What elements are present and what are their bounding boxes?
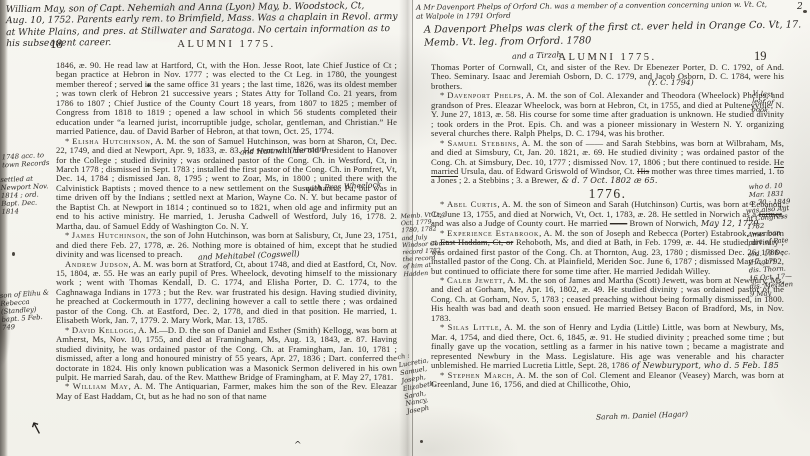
margin-arrow-mark: ↑ — [26, 417, 48, 441]
entry-samuel-stebbins: * Samuel Stebbins, A. M. the son of —— a… — [431, 139, 784, 186]
margin-note-curtis-left: Memb. Vt Leg. Oct. 1779, 1780, 1782 and … — [400, 211, 451, 278]
entry-text: , A. M.—D. D. the son of Daniel and Esth… — [56, 325, 397, 382]
margin-note-estabrook-dismissals: ord. 10 Dec. (Hagar) dis. Thorn. 16 Oct.… — [748, 249, 806, 299]
entry-text: Thomas Porter of Cornwall, Ct, and siste… — [431, 63, 784, 91]
margin-note-newport: settled at Newport Nov. 1814 ; ord. Bapt… — [0, 175, 53, 216]
insert-caret-mark: ^ — [294, 441, 302, 451]
margin-note-v-last-leaf: V. last leaf of book — [751, 90, 803, 117]
margin-note-judson-parents: son of Elihu & Rebecca (Standley) bapt. … — [0, 289, 56, 332]
handwritten-note-phelps-large: A Davenport Phelps was clerk of the firs… — [424, 19, 806, 49]
handwritten-addition: & d. 7 Oct. 1802 æ 65. — [559, 175, 658, 185]
book-scan-spread: William May, son of Capt. Nehemiah and A… — [0, 0, 810, 456]
insert-yale-1794: (Y. C. 1794) — [648, 78, 694, 87]
entry-text: 1846, æ. 90. He read law at Hartford, Ct… — [56, 61, 397, 136]
entry-andrew-judson: Andrew Judson, A. M. was born at Stratfo… — [56, 260, 397, 326]
entry-text: , A. M. was born at Stratford, Ct, about… — [56, 259, 397, 326]
corner-pencil-mark: 2 — [797, 2, 803, 12]
entry-caleb-jewett: * Caleb Jewett, A. M. the son of James a… — [431, 276, 784, 323]
entry-davenport-phelps: * Davenport Phelps, A. M. the son of Col… — [431, 91, 784, 138]
running-header-left: ALUMNI 1775. — [56, 39, 397, 50]
entry-abel-curtis: * Abel Curtis, A. M. the son of Simeon a… — [431, 200, 784, 228]
entry-root-continuation: 1846, æ. 90. He read law at Hartford, Ct… — [56, 61, 397, 137]
scan-speck — [12, 252, 15, 256]
scan-speck — [420, 440, 423, 443]
scan-torn-left-edge — [0, 0, 8, 456]
insert-tirzah: and a Tirzah — [512, 50, 562, 61]
entry-experience-estabrook: * Experience Estabrook, A. M. the son of… — [431, 229, 784, 276]
entry-porter-continuation: Thomas Porter of Cornwall, Ct, and siste… — [431, 63, 784, 91]
margin-note-curtis-right: was also Agt at Congress 1782 American p… — [746, 204, 807, 247]
margin-note-town-records: 1748 acc. to town Records — [2, 152, 55, 171]
running-header-right: ALUMNI 1775. — [431, 52, 784, 63]
entry-david-kellogg: * David Kellogg, A. M.—D. D. the son of … — [56, 326, 397, 383]
page-number-right: 19 — [754, 49, 767, 64]
entry-william-may: * William May, A. M. The Antiquarian, Fa… — [56, 382, 397, 401]
entry-silas-little: * Silas Little, A. M. the son of Henry a… — [431, 323, 784, 370]
handwritten-note-phelps-small: A Mr Davenport Phelps of Orford Ch. was … — [416, 0, 808, 21]
right-page-text-column: Thomas Porter of Cornwall, Ct, and siste… — [431, 63, 784, 456]
section-header-1776: 1776. — [431, 189, 784, 198]
entry-stephen-march: * Stephen March, A. M. the son of Col. C… — [431, 371, 784, 390]
